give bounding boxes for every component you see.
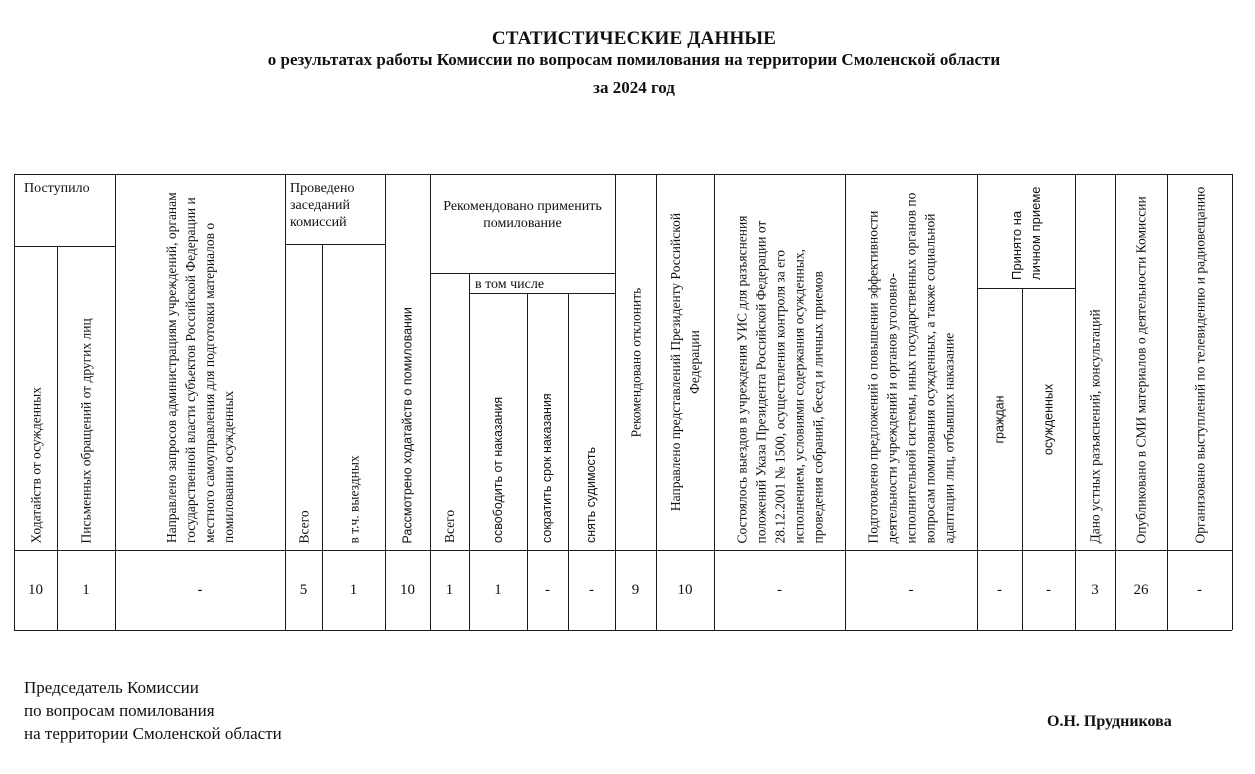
column-header-letters-others: Письменных обращений от других лиц (57, 246, 115, 550)
table-gridline (1232, 174, 1233, 630)
table-value-submissions-president: 10 (656, 550, 714, 630)
table-value-reception-convicts: - (1022, 550, 1075, 630)
column-header-pardon-total: Всего (430, 273, 469, 550)
signature-position-line-3: на территории Смоленской области (24, 722, 282, 745)
table-value-visits-uis: - (714, 550, 845, 630)
table-value-letters-others: 1 (57, 550, 115, 630)
column-header-requests-sent: Направлено запросов администрациям учреж… (115, 174, 285, 550)
table-value-reduce-term: - (527, 550, 568, 630)
table-value-requests-sent: - (115, 550, 285, 630)
column-header-petitions-convicts: Ходатайств от осужденных (14, 246, 57, 550)
column-header-petitions-reviewed: Рассмотрено ходатайств о помиловании (385, 174, 430, 550)
table-value-expunge-record: - (568, 550, 615, 630)
signature-name: О.Н. Прудникова (1047, 713, 1172, 731)
table-value-pardon-total: 1 (430, 550, 469, 630)
column-header-recommended-reject: Рекомендовано отклонить (615, 174, 656, 550)
table-value-petitions-reviewed: 10 (385, 550, 430, 630)
column-header-tv-radio: Организовано выступлений по телевидению … (1167, 174, 1232, 550)
column-header-reception-convicts: осужденных (1022, 288, 1075, 550)
signature-position: Председатель Комиссии по вопросам помило… (24, 676, 282, 745)
column-header-reduce-term: сократить срок наказания (527, 293, 568, 550)
group-header-including: в том числе (475, 276, 613, 293)
group-header-received: Поступило (24, 180, 113, 197)
signature-position-line-1: Председатель Комиссии (24, 676, 282, 699)
table-value-recommended-reject: 9 (615, 550, 656, 630)
table-value-proposals: - (845, 550, 977, 630)
table-value-meetings-total: 5 (285, 550, 322, 630)
column-header-release: освободить от наказания (469, 293, 527, 550)
statistics-table: ПоступилоПроведено заседаний комиссийРек… (0, 0, 1255, 774)
column-header-proposals: Подготовлено предложений о повышении эфф… (845, 174, 977, 550)
table-value-meetings-offsite: 1 (322, 550, 385, 630)
column-header-oral-consultations: Дано устных разъяснений, консультаций (1075, 174, 1115, 550)
table-value-tv-radio: - (1167, 550, 1232, 630)
table-value-petitions-convicts: 10 (14, 550, 57, 630)
column-header-expunge-record: снять судимость (568, 293, 615, 550)
group-header-personal-reception: Принято на личном приеме (977, 174, 1075, 288)
column-header-media-publications: Опубликовано в СМИ материалов о деятельн… (1115, 174, 1167, 550)
table-value-oral-consultations: 3 (1075, 550, 1115, 630)
column-header-meetings-total: Всего (285, 244, 322, 550)
table-value-release: 1 (469, 550, 527, 630)
table-value-media-publications: 26 (1115, 550, 1167, 630)
table-value-reception-citizens: - (977, 550, 1022, 630)
table-gridline (14, 630, 1232, 631)
column-header-meetings-offsite: в т.ч. выездных (322, 244, 385, 550)
group-header-meetings: Проведено заседаний комиссий (290, 180, 382, 231)
column-header-submissions-president: Направлено представлений Президенту Росс… (656, 174, 714, 550)
signature-position-line-2: по вопросам помилования (24, 699, 282, 722)
column-header-reception-citizens: граждан (977, 288, 1022, 550)
column-header-visits-uis: Состоялось выездов в учреждения УИС для … (714, 174, 845, 550)
group-header-recommended-pardon: Рекомендовано применить помилование (434, 198, 611, 232)
